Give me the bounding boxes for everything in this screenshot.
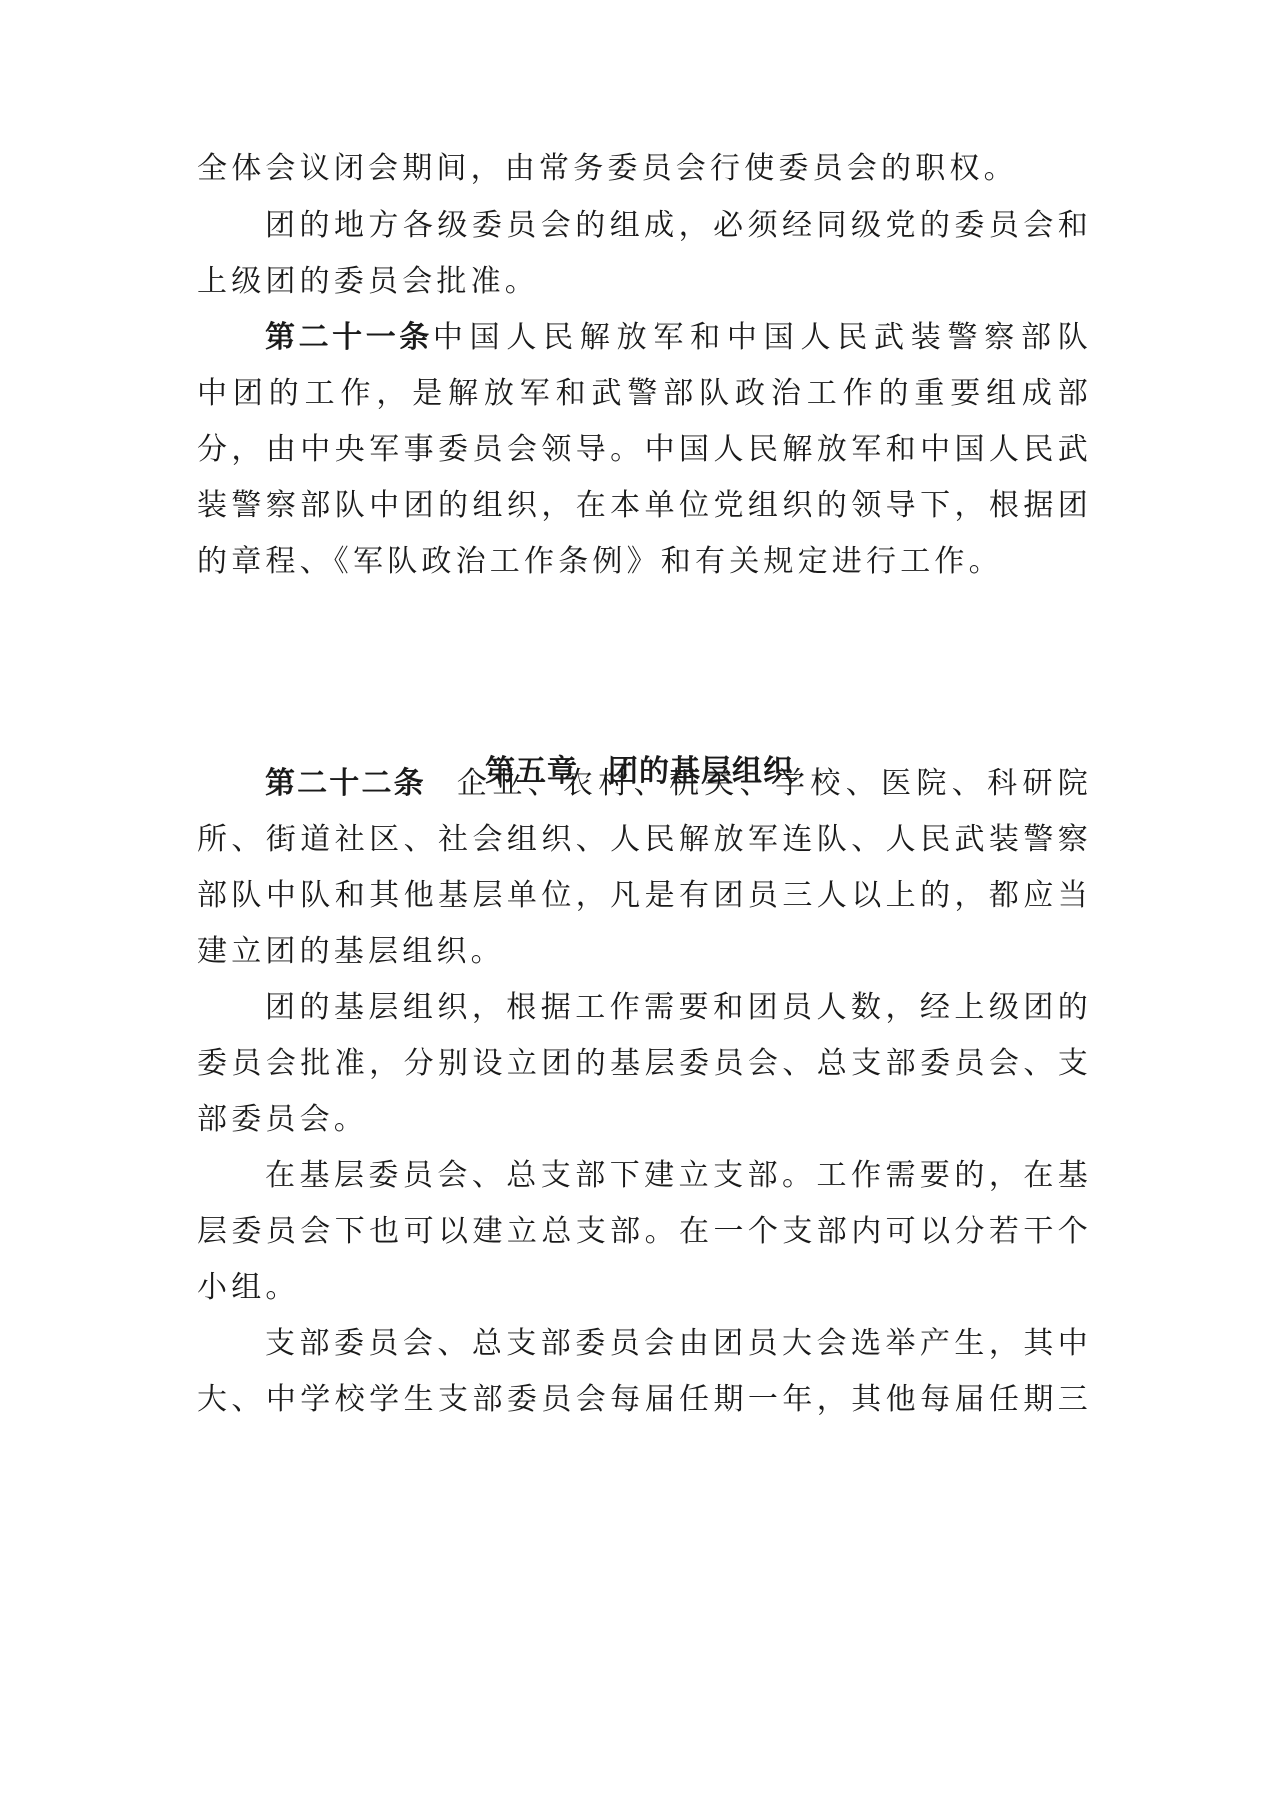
- text-line: 建立团的基层组织。: [197, 932, 1092, 972]
- text-line: 团的地方各级委员会的组成，必须经同级党的委员会和: [265, 206, 1092, 246]
- text-segment: 中国人民解放军和中国人民武装警察部队: [433, 320, 1092, 355]
- text-line: 支部委员会、总支部委员会由团员大会选举产生，其中: [265, 1324, 1092, 1364]
- text-line: 中团的工作，是解放军和武警部队政治工作的重要组成部: [197, 374, 1092, 414]
- article-number: 第二十二条: [265, 766, 426, 801]
- text-line: 装警察部队中团的组织，在本单位党组织的领导下，根据团: [197, 486, 1092, 526]
- article-21-first-line: 第二十一条中国人民解放军和中国人民武装警察部队: [265, 318, 1092, 358]
- text-line: 的章程、《军队政治工作条例》和有关规定进行工作。: [197, 542, 1092, 582]
- text-line: 小组。: [197, 1268, 1092, 1308]
- text-segment: 企业、农村、机关、学校、医院、科研院: [456, 766, 1092, 801]
- article-number: 第二十一条: [265, 320, 433, 355]
- document-page: 全体会议闭会期间，由常务委员会行使委员会的职权。 团的地方各级委员会的组成，必须…: [0, 0, 1279, 1810]
- text-line: 分，由中央军事委员会领导。中国人民解放军和中国人民武: [197, 430, 1092, 470]
- text-line: 所、街道社区、社会组织、人民解放军连队、人民武装警察: [197, 820, 1092, 860]
- text-line: 上级团的委员会批准。: [197, 262, 1092, 302]
- text-line: 全体会议闭会期间，由常务委员会行使委员会的职权。: [197, 149, 1092, 189]
- text-line: 部委员会。: [197, 1100, 1092, 1140]
- text-line: 层委员会下也可以建立总支部。在一个支部内可以分若干个: [197, 1212, 1092, 1252]
- article-22-first-line: 第二十二条企业、农村、机关、学校、医院、科研院: [265, 764, 1092, 804]
- text-line: 委员会批准，分别设立团的基层委员会、总支部委员会、支: [197, 1044, 1092, 1084]
- text-line: 在基层委员会、总支部下建立支部。工作需要的，在基: [265, 1156, 1092, 1196]
- text-line: 大、中学校学生支部委员会每届任期一年，其他每届任期三: [197, 1380, 1092, 1420]
- text-line: 团的基层组织，根据工作需要和团员人数，经上级团的: [265, 988, 1092, 1028]
- text-line: 部队中队和其他基层单位，凡是有团员三人以上的，都应当: [197, 876, 1092, 916]
